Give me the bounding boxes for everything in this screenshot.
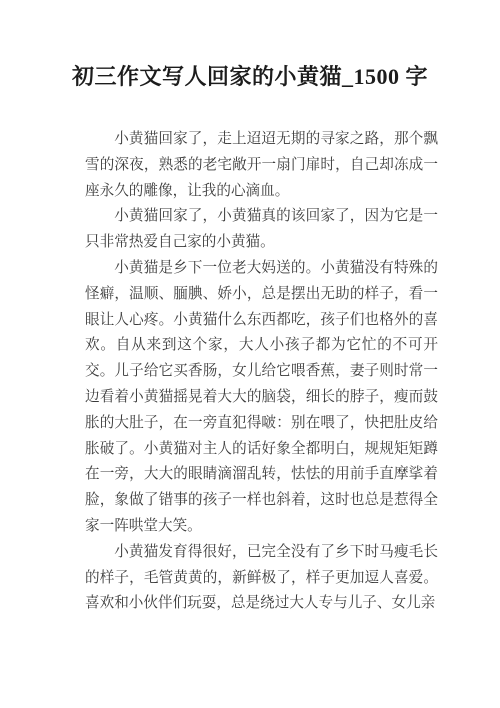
document-page: 初三作文写人回家的小黄猫_1500 字 小黄猫回家了，走上迢迢无期的寻家之路，那… <box>0 0 500 708</box>
paragraph-2: 小黄猫回家了，小黄猫真的该回家了，因为它是一只非常热爱自己家的小黄猫。 <box>85 204 438 256</box>
paragraph-3: 小黄猫是乡下一位老大妈送的。小黄猫没有特殊的怪癖，温顺、腼腆、娇小，总是摆出无助… <box>85 256 438 540</box>
article-body: 小黄猫回家了，走上迢迢无期的寻家之路，那个飘雪的深夜，熟悉的老宅敞开一扇门扉时，… <box>85 127 438 617</box>
paragraph-1: 小黄猫回家了，走上迢迢无期的寻家之路，那个飘雪的深夜，熟悉的老宅敞开一扇门扉时，… <box>85 127 438 204</box>
paragraph-4: 小黄猫发育得很好，已完全没有了乡下时马瘦毛长的样子，毛管黄黄的，新鲜极了，样子更… <box>85 540 438 617</box>
page-title: 初三作文写人回家的小黄猫_1500 字 <box>30 62 470 91</box>
